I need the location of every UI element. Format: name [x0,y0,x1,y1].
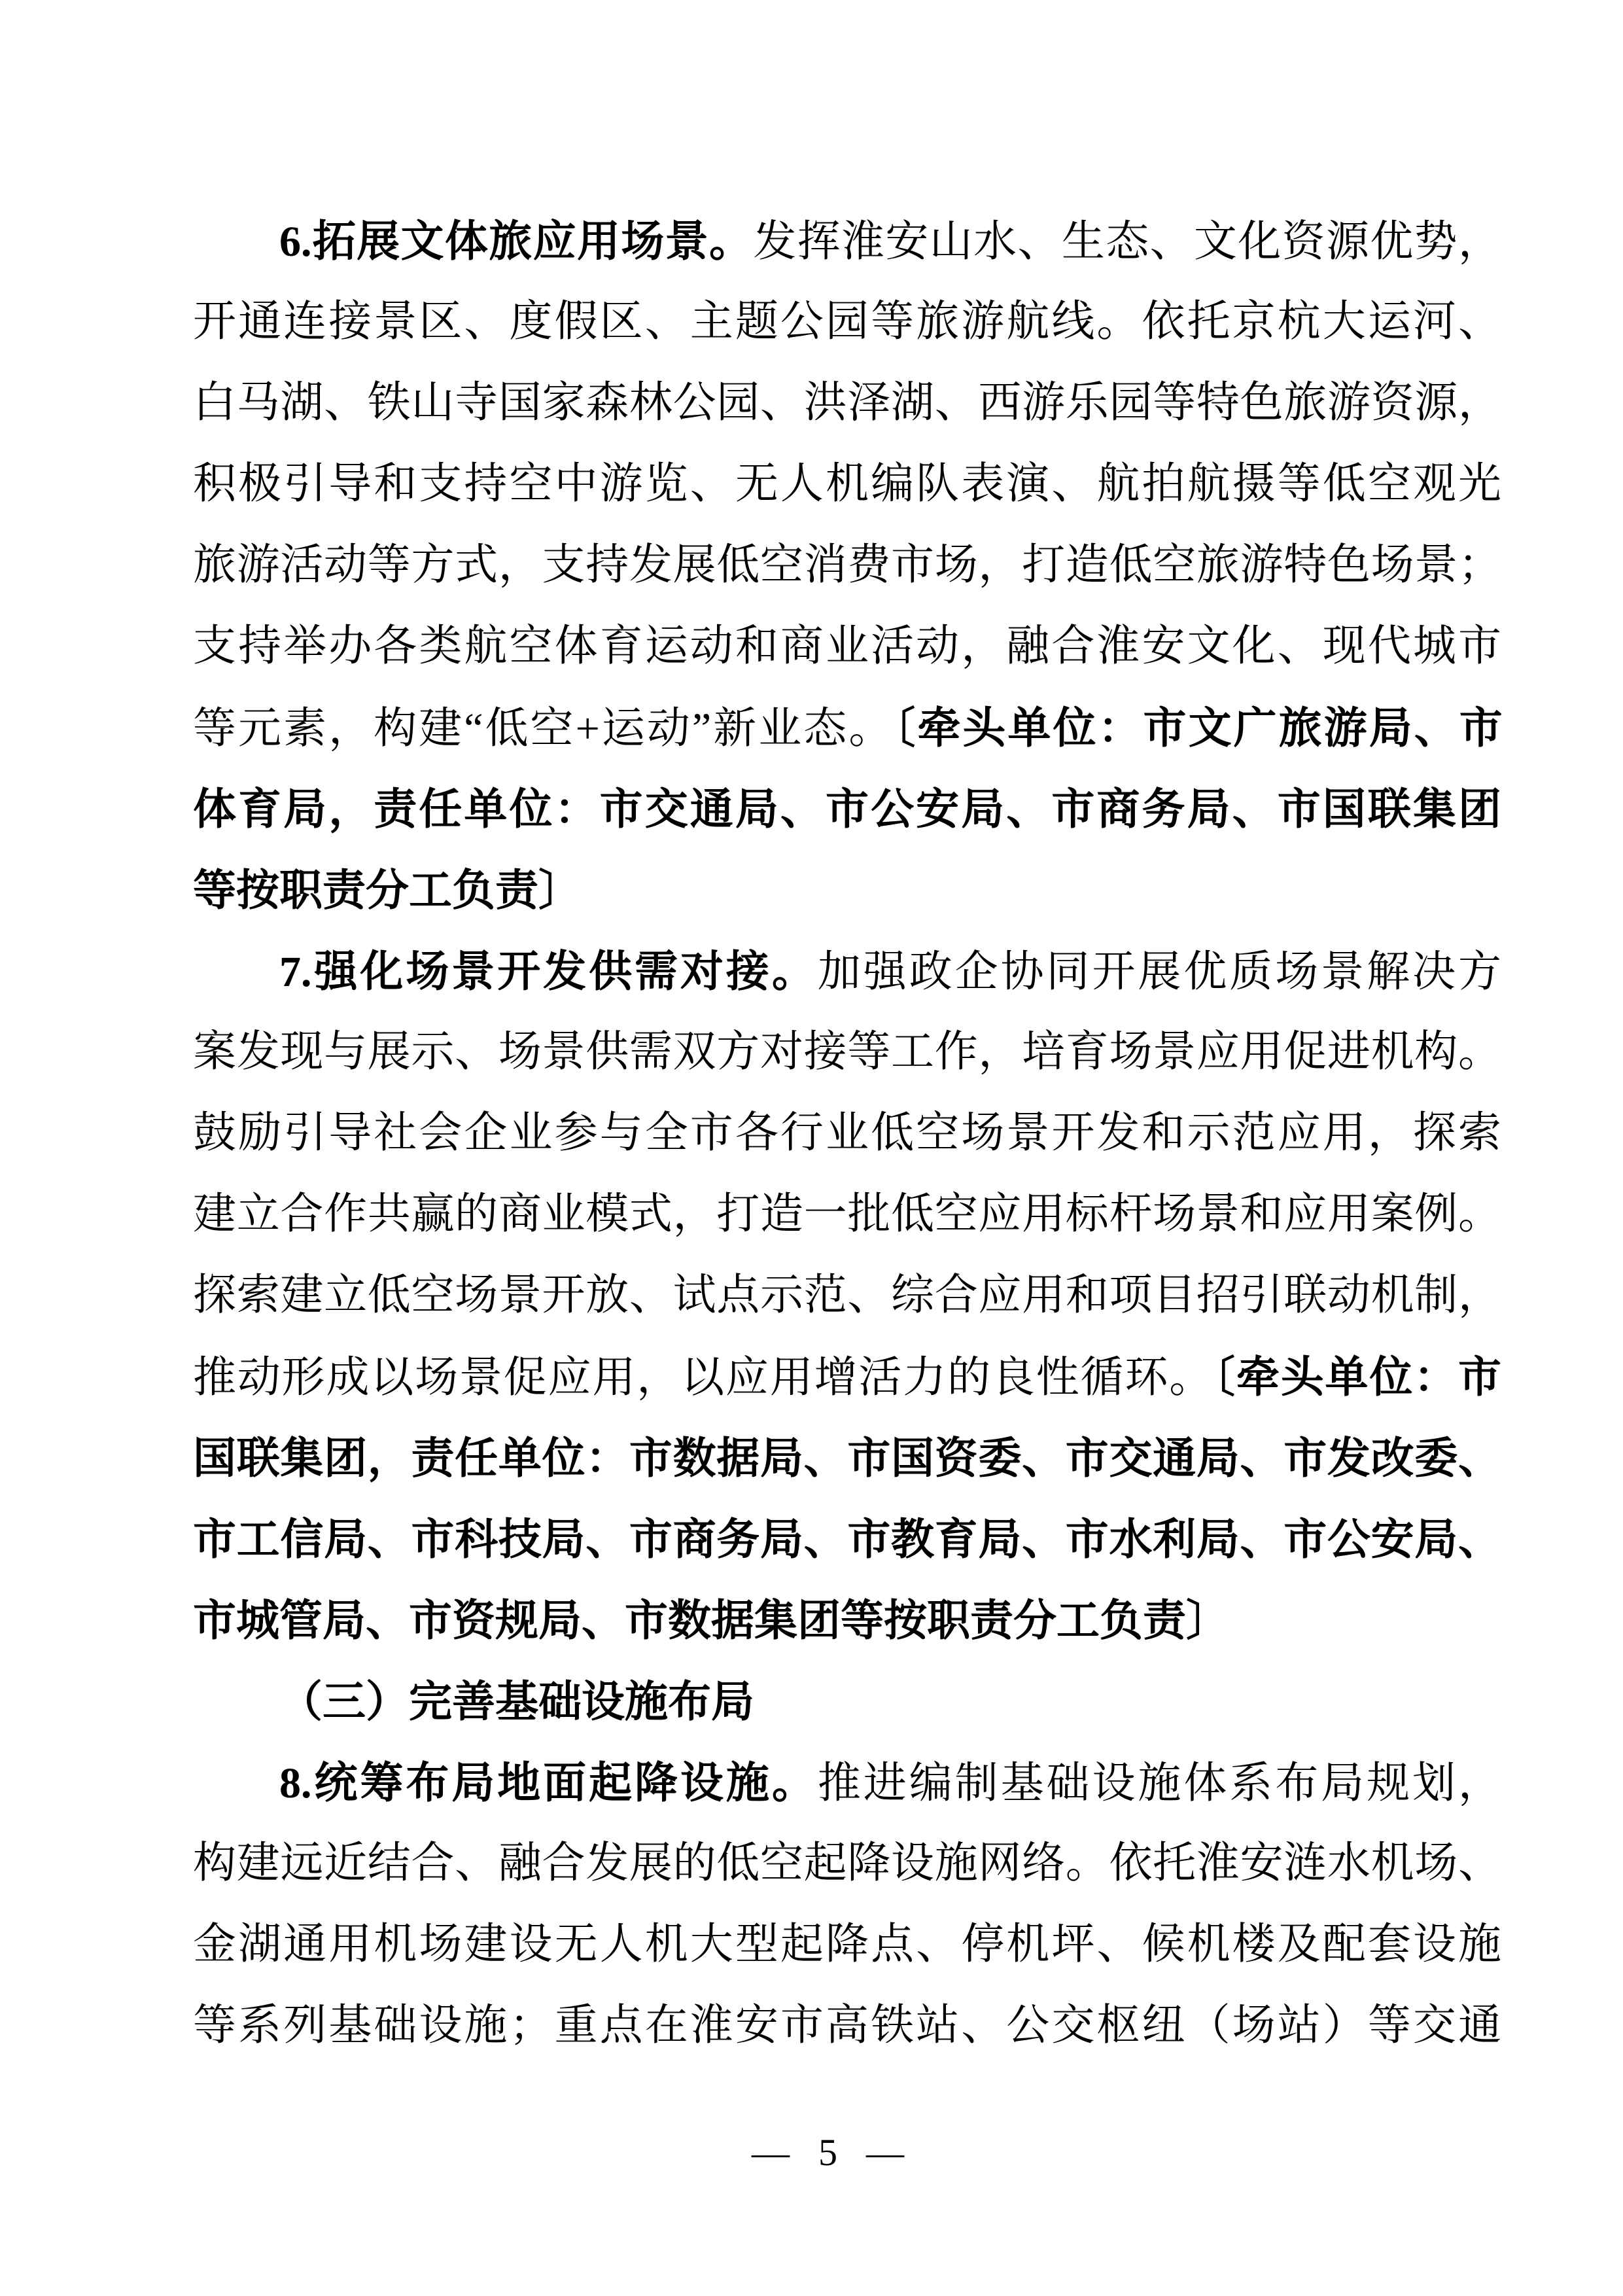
text-line: 白马湖、铁山寺国家森林公园、洪泽湖、西游乐园等特色旅游资源， [193,362,1501,444]
text-segment-num: 6. [279,218,312,266]
text-segment-regular: 加强政企协同开展优质场景解决方 [818,948,1501,996]
text-line: 等元素，构建“低空+运动”新业态。〔牵头单位：市文广旅游局、市 [193,687,1501,768]
text-segment-regular: 建立合作共赢的商业模式，打造一批低空应用标杆场景和应用案例。 [193,1190,1501,1238]
text-line: 7.强化场景开发供需对接。加强政企协同开展优质场景解决方 [193,930,1501,1012]
text-line: 鼓励引导社会企业参与全市各行业低空场景开发和示范应用，探索 [193,1093,1501,1174]
text-line: 案发现与展示、场景供需双方对接等工作，培育场景应用促进机构。 [193,1012,1501,1093]
text-line: 金湖通用机场建设无人机大型起降点、停机坪、候机楼及配套设施 [193,1904,1501,1985]
text-segment-regular: 构建远近结合、融合发展的低空起降设施网络。依托淮安涟水机场、 [193,1839,1501,1887]
text-line: 市工信局、市科技局、市商务局、市教育局、市水利局、市公安局、 [193,1498,1501,1580]
text-segment-bold: 强化场景开发供需对接。 [312,947,818,995]
text-segment-num: 8. [279,1759,312,1807]
text-segment-regular: 开通连接景区、度假区、主题公园等旅游航线。依托京杭大运河、 [193,298,1501,345]
text-segment-regular: 鼓励引导社会企业参与全市各行业低空场景开发和示范应用，探索 [193,1109,1501,1157]
text-segment-bold: （三）完善基础设施布局 [279,1677,754,1725]
text-segment-bold: 等按职责分工负责〕 [193,866,582,914]
text-line: 旅游活动等方式，支持发展低空消费市场，打造低空旅游特色场景； [193,525,1501,606]
text-segment-bold: 拓展文体旅应用场景。 [312,217,754,265]
footer-dash-left: — [752,2113,790,2192]
text-segment-regular: 白马湖、铁山寺国家森林公园、洪泽湖、西游乐园等特色旅游资源， [193,379,1501,427]
text-segment-regular: 探索建立低空场景开放、试点示范、综合应用和项目招引联动机制， [193,1271,1501,1319]
text-line: 市城管局、市资规局、市数据集团等按职责分工负责〕 [193,1580,1501,1661]
text-line: 推动形成以场景促应用，以应用增活力的良性循环。〔牵头单位：市 [193,1336,1501,1417]
text-segment-regular: 发挥淮安山水、生态、文化资源优势， [753,218,1501,266]
footer-dash-right: — [866,2113,904,2192]
page-number: 5 [818,2113,837,2192]
document-page: 6.拓展文体旅应用场景。发挥淮安山水、生态、文化资源优势，开通连接景区、度假区、… [0,0,1623,2296]
text-line: 等系列基础设施；重点在淮安市高铁站、公交枢纽（场站）等交通 [193,1985,1501,2066]
text-line: 体育局，责任单位：市交通局、市公安局、市商务局、市国联集团 [193,768,1501,849]
text-line: （三）完善基础设施布局 [193,1661,1501,1742]
text-line: 开通连接景区、度假区、主题公园等旅游航线。依托京杭大运河、 [193,281,1501,362]
page-footer: —5— [16,2113,1623,2192]
text-line: 等按职责分工负责〕 [193,849,1501,930]
text-line: 6.拓展文体旅应用场景。发挥淮安山水、生态、文化资源优势， [193,200,1501,281]
text-segment-bold: 〔牵头单位：市文广旅游局、市 [894,703,1501,752]
text-segment-bold: 〔牵头单位：市 [1213,1352,1501,1401]
text-segment-bold: 统筹布局地面起降设施。 [312,1758,818,1807]
text-segment-regular: 案发现与展示、场景供需双方对接等工作，培育场景应用促进机构。 [193,1028,1501,1076]
text-segment-bold: 国联集团，责任单位：市数据局、市国资委、市交通局、市发改委、 [193,1434,1501,1482]
text-line: 探索建立低空场景开放、试点示范、综合应用和项目招引联动机制， [193,1255,1501,1336]
text-segment-num: 7. [279,948,312,996]
text-segment-regular: 积极引导和支持空中游览、无人机编队表演、航拍航摄等低空观光 [193,460,1501,508]
text-segment-regular: 等系列基础设施；重点在淮安市高铁站、公交枢纽（场站）等交通 [193,2002,1501,2049]
text-line: 8.统筹布局地面起降设施。推进编制基础设施体系布局规划， [193,1742,1501,1823]
text-segment-regular: 支持举办各类航空体育运动和商业活动，融合淮安文化、现代城市 [193,622,1501,670]
text-line: 构建远近结合、融合发展的低空起降设施网络。依托淮安涟水机场、 [193,1823,1501,1904]
text-segment-bold: 体育局，责任单位：市交通局、市公安局、市商务局、市国联集团 [193,785,1501,833]
text-line: 积极引导和支持空中游览、无人机编队表演、航拍航摄等低空观光 [193,444,1501,525]
text-segment-bold: 市工信局、市科技局、市商务局、市教育局、市水利局、市公安局、 [193,1515,1501,1563]
text-line: 建立合作共赢的商业模式，打造一批低空应用标杆场景和应用案例。 [193,1174,1501,1255]
text-segment-regular: 推动形成以场景促应用，以应用增活力的良性循环。 [193,1354,1213,1402]
text-segment-regular: 旅游活动等方式，支持发展低空消费市场，打造低空旅游特色场景； [193,541,1501,589]
text-segment-regular: 金湖通用机场建设无人机大型起降点、停机坪、候机楼及配套设施 [193,1920,1501,1968]
text-segment-regular: 推进编制基础设施体系布局规划， [818,1759,1501,1807]
text-segment-bold: 市城管局、市资规局、市数据集团等按职责分工负责〕 [193,1596,1229,1644]
text-segment-regular: 等元素，构建“低空+运动”新业态。 [193,705,894,752]
text-line: 支持举办各类航空体育运动和商业活动，融合淮安文化、现代城市 [193,606,1501,687]
text-line: 国联集团，责任单位：市数据局、市国资委、市交通局、市发改委、 [193,1417,1501,1498]
document-body: 6.拓展文体旅应用场景。发挥淮安山水、生态、文化资源优势，开通连接景区、度假区、… [193,200,1501,2066]
